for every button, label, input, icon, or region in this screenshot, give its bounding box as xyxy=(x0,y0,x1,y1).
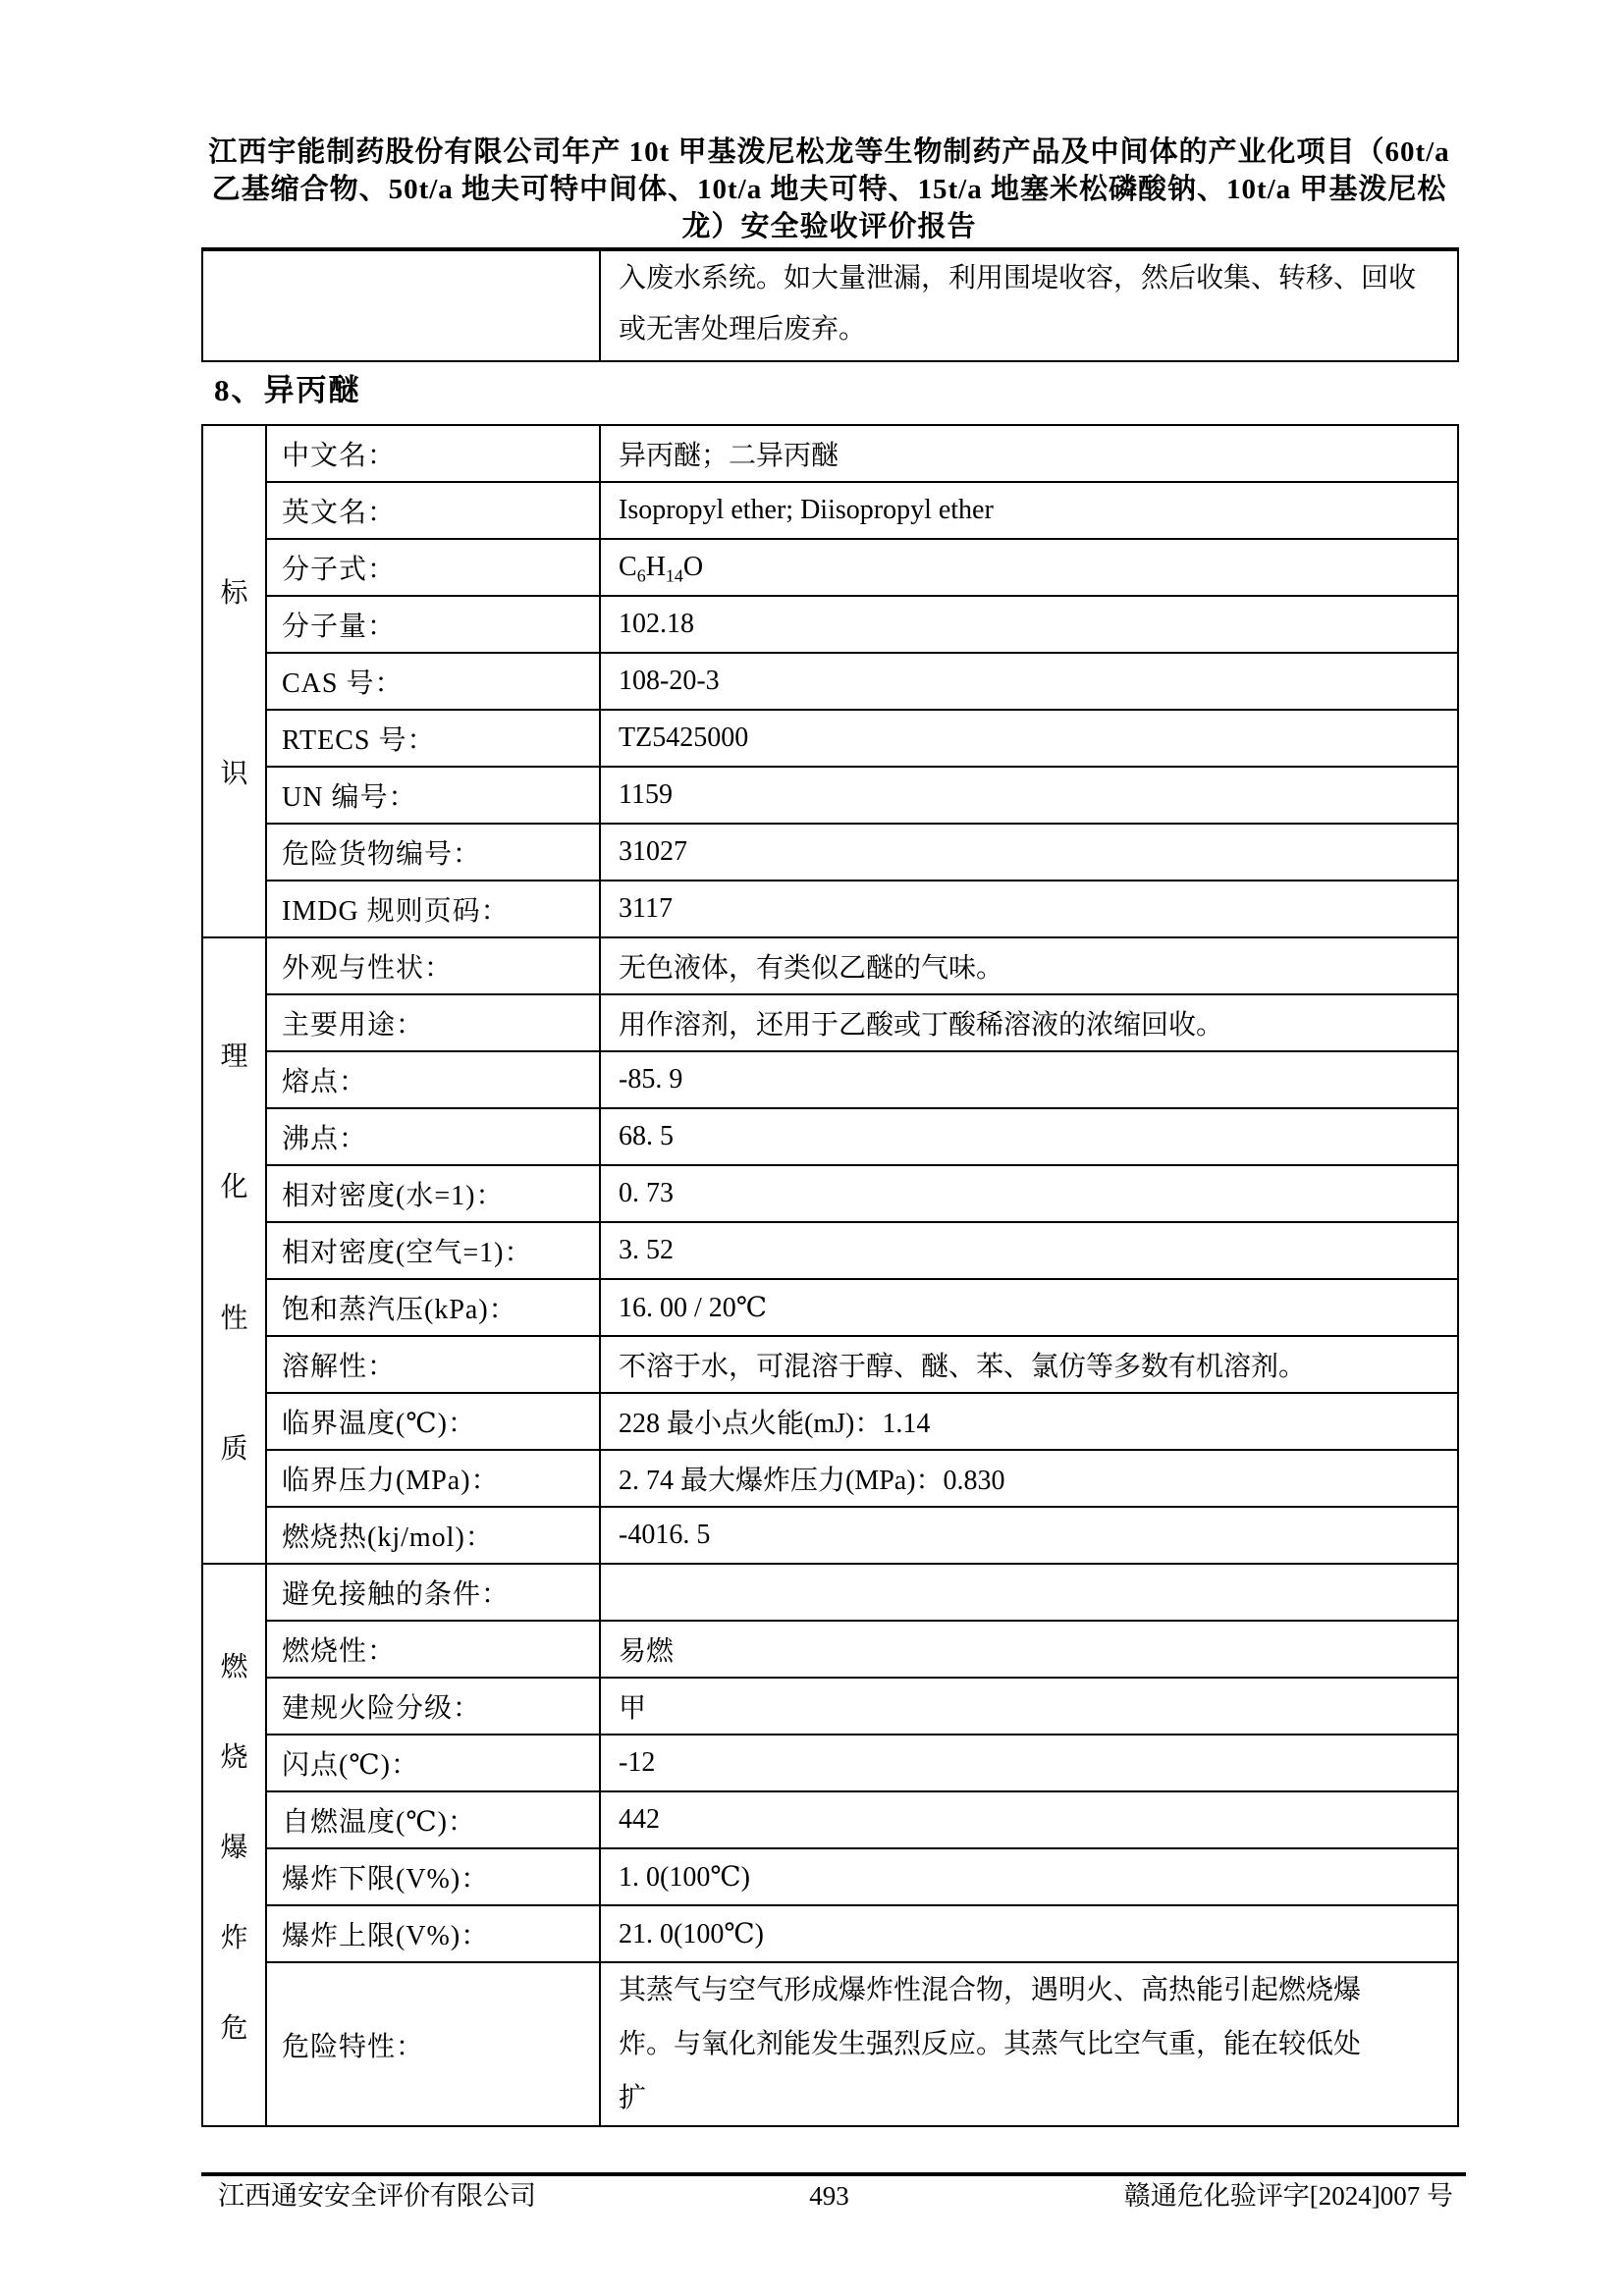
table-row: 闪点(℃)： -12 xyxy=(202,1735,1458,1791)
formula-subscript: 6 xyxy=(637,566,646,586)
continuation-table: 入废水系统。如大量泄漏，利用围堤收容，然后收集、转移、回收或无害处理后废弃。 xyxy=(201,247,1459,362)
attribute-value-cell: -85. 9 xyxy=(600,1051,1458,1108)
attribute-value-cell: 1. 0(100℃) xyxy=(600,1848,1458,1905)
attribute-value-cell: 0. 73 xyxy=(600,1165,1458,1222)
table-row: 燃烧热(kj/mol)： -4016. 5 xyxy=(202,1507,1458,1564)
continuation-text-cell: 入废水系统。如大量泄漏，利用围堤收容，然后收集、转移、回收或无害处理后废弃。 xyxy=(600,249,1458,361)
attribute-label-cell: 燃烧性： xyxy=(266,1621,600,1678)
footer-page-number: 493 xyxy=(809,2181,849,2211)
table-row: 燃 烧 爆 炸 危 避免接触的条件： xyxy=(202,1564,1458,1621)
table-row: UN 编号： 1159 xyxy=(202,767,1458,824)
attribute-value-cell: 无色液体，有类似乙醚的气味。 xyxy=(600,937,1458,994)
attribute-label-cell: 危险货物编号： xyxy=(266,824,600,881)
header-line-1: 江西宇能制药股份有限公司年产 10t 甲基泼尼松龙等生物制药产品及中间体的产业化… xyxy=(201,133,1457,171)
attribute-label-cell: 相对密度(水=1)： xyxy=(266,1165,600,1222)
attribute-label-cell: UN 编号： xyxy=(266,767,600,824)
formula-symbol: H xyxy=(646,552,666,582)
attribute-value-cell: 1159 xyxy=(600,767,1458,824)
group-char: 性 xyxy=(220,1297,247,1336)
group-char: 识 xyxy=(220,752,247,791)
group-label-physicochemical: 理 化 性 质 xyxy=(202,937,266,1564)
attribute-value-cell: 易燃 xyxy=(600,1621,1458,1678)
attribute-label-cell: 避免接触的条件： xyxy=(266,1564,600,1621)
group-label-identification: 标 识 xyxy=(202,425,266,937)
attribute-value-cell: 3. 52 xyxy=(600,1222,1458,1279)
table-row: 临界压力(MPa)： 2. 74 最大爆炸压力(MPa)：0.830 xyxy=(202,1450,1458,1507)
attribute-label-cell: 爆炸上限(V%)： xyxy=(266,1905,600,1962)
formula-symbol: C xyxy=(619,552,637,582)
attribute-label-cell: 临界压力(MPa)： xyxy=(266,1450,600,1507)
group-char: 危 xyxy=(220,2006,247,2046)
attribute-label-cell: 分子量： xyxy=(266,596,600,653)
attribute-value-cell: 21. 0(100℃) xyxy=(600,1905,1458,1962)
attribute-value-cell: 异丙醚；二异丙醚 xyxy=(600,425,1458,482)
group-char: 标 xyxy=(220,571,247,611)
group-char: 理 xyxy=(220,1035,247,1074)
document-footer: 江西通安安全评价有限公司 493 赣通危化验评字[2024]007 号 xyxy=(201,2176,1457,2211)
attribute-value-cell: 102.18 xyxy=(600,596,1458,653)
attribute-value-cell: -4016. 5 xyxy=(600,1507,1458,1564)
attribute-value-cell: 16. 00 / 20℃ xyxy=(600,1279,1458,1336)
table-row: 分子式： C6H14O xyxy=(202,539,1458,596)
attribute-value-cell: 不溶于水，可混溶于醇、醚、苯、氯仿等多数有机溶剂。 xyxy=(600,1336,1458,1393)
attribute-label-cell: RTECS 号： xyxy=(266,710,600,767)
attribute-value-cell: -12 xyxy=(600,1735,1458,1791)
table-row: IMDG 规则页码： 3117 xyxy=(202,881,1458,937)
table-row: 标 识 中文名： 异丙醚；二异丙醚 xyxy=(202,425,1458,482)
substance-table: 标 识 中文名： 异丙醚；二异丙醚 英文名： Isopropyl ether; … xyxy=(201,424,1459,2127)
table-row: 燃烧性： 易燃 xyxy=(202,1621,1458,1678)
group-char: 燃 xyxy=(220,1645,247,1684)
attribute-label-cell: 爆炸下限(V%)： xyxy=(266,1848,600,1905)
table-row: 熔点： -85. 9 xyxy=(202,1051,1458,1108)
formula-subscript: 14 xyxy=(666,566,683,586)
group-char: 质 xyxy=(220,1427,247,1467)
attribute-label-cell: 临界温度(℃)： xyxy=(266,1393,600,1450)
table-row: 临界温度(℃)： 228 最小点火能(mJ)：1.14 xyxy=(202,1393,1458,1450)
table-row: CAS 号： 108-20-3 xyxy=(202,653,1458,710)
header-line-3: 龙）安全验收评价报告 xyxy=(201,208,1457,245)
table-row: 分子量： 102.18 xyxy=(202,596,1458,653)
attribute-label-cell: 主要用途： xyxy=(266,994,600,1051)
attribute-value-cell molecular-formula: C6H14O xyxy=(600,539,1458,596)
table-row: 入废水系统。如大量泄漏，利用围堤收容，然后收集、转移、回收或无害处理后废弃。 xyxy=(202,249,1458,361)
page-content: 江西宇能制药股份有限公司年产 10t 甲基泼尼松龙等生物制药产品及中间体的产业化… xyxy=(201,0,1457,2211)
attribute-value-cell: 108-20-3 xyxy=(600,653,1458,710)
attribute-label-cell: 溶解性： xyxy=(266,1336,600,1393)
attribute-label-cell: 相对密度(空气=1)： xyxy=(266,1222,600,1279)
attribute-value-cell: Isopropyl ether; Diisopropyl ether xyxy=(600,482,1458,539)
attribute-label-cell: 熔点： xyxy=(266,1051,600,1108)
table-row: 相对密度(空气=1)： 3. 52 xyxy=(202,1222,1458,1279)
group-label-fire-explosion: 燃 烧 爆 炸 危 xyxy=(202,1564,266,2126)
section-heading: 8、异丙醚 xyxy=(214,370,1457,411)
attribute-value-cell: 其蒸气与空气形成爆炸性混合物，遇明火、高热能引起燃烧爆炸。与氧化剂能发生强烈反应… xyxy=(600,1962,1458,2126)
table-row: 自燃温度(℃)： 442 xyxy=(202,1791,1458,1848)
attribute-value-cell: 用作溶剂，还用于乙酸或丁酸稀溶液的浓缩回收。 xyxy=(600,994,1458,1051)
attribute-value-cell: 68. 5 xyxy=(600,1108,1458,1165)
table-row: 爆炸上限(V%)： 21. 0(100℃) xyxy=(202,1905,1458,1962)
attribute-label-cell: 饱和蒸汽压(kPa)： xyxy=(266,1279,600,1336)
attribute-value-cell: 442 xyxy=(600,1791,1458,1848)
group-label-chars: 标 识 xyxy=(203,430,265,933)
table-row: 饱和蒸汽压(kPa)： 16. 00 / 20℃ xyxy=(202,1279,1458,1336)
table-row: 理 化 性 质 外观与性状： 无色液体，有类似乙醚的气味。 xyxy=(202,937,1458,994)
table-row: 英文名： Isopropyl ether; Diisopropyl ether xyxy=(202,482,1458,539)
table-row: RTECS 号： TZ5425000 xyxy=(202,710,1458,767)
attribute-label-cell: 英文名： xyxy=(266,482,600,539)
attribute-value-cell xyxy=(600,1564,1458,1621)
table-row: 主要用途： 用作溶剂，还用于乙酸或丁酸稀溶液的浓缩回收。 xyxy=(202,994,1458,1051)
table-row: 危险货物编号： 31027 xyxy=(202,824,1458,881)
attribute-label-cell: 中文名： xyxy=(266,425,600,482)
continuation-empty-cell xyxy=(202,249,600,361)
attribute-value-cell: 2. 74 最大爆炸压力(MPa)：0.830 xyxy=(600,1450,1458,1507)
table-row: 建规火险分级： 甲 xyxy=(202,1678,1458,1735)
attribute-value-cell: 228 最小点火能(mJ)：1.14 xyxy=(600,1393,1458,1450)
attribute-label-cell: 自燃温度(℃)： xyxy=(266,1791,600,1848)
attribute-label-cell: 分子式： xyxy=(266,539,600,596)
group-char: 爆 xyxy=(220,1826,247,1865)
table-row: 爆炸下限(V%)： 1. 0(100℃) xyxy=(202,1848,1458,1905)
attribute-label-cell: 闪点(℃)： xyxy=(266,1735,600,1791)
header-line-2: 乙基缩合物、50t/a 地夫可特中间体、10t/a 地夫可特、15t/a 地塞米… xyxy=(201,171,1457,208)
attribute-value-cell: TZ5425000 xyxy=(600,710,1458,767)
table-row: 危险特性： 其蒸气与空气形成爆炸性混合物，遇明火、高热能引起燃烧爆炸。与氧化剂能… xyxy=(202,1962,1458,2126)
group-char: 化 xyxy=(220,1165,247,1204)
group-char: 炸 xyxy=(220,1916,247,1955)
footer-company: 江西通安安全评价有限公司 xyxy=(201,2181,536,2211)
footer-report-number: 赣通危化验评字[2024]007 号 xyxy=(1124,2181,1457,2211)
attribute-label-cell: IMDG 规则页码： xyxy=(266,881,600,937)
attribute-value-cell: 3117 xyxy=(600,881,1458,937)
document-header: 江西宇能制药股份有限公司年产 10t 甲基泼尼松龙等生物制药产品及中间体的产业化… xyxy=(201,0,1457,245)
group-label-chars: 理 化 性 质 xyxy=(203,942,265,1559)
table-row: 沸点： 68. 5 xyxy=(202,1108,1458,1165)
attribute-value-cell: 甲 xyxy=(600,1678,1458,1735)
attribute-label-cell: 危险特性： xyxy=(266,1962,600,2126)
table-row: 溶解性： 不溶于水，可混溶于醇、醚、苯、氯仿等多数有机溶剂。 xyxy=(202,1336,1458,1393)
attribute-label-cell: CAS 号： xyxy=(266,653,600,710)
formula-symbol: O xyxy=(683,552,703,582)
attribute-value-cell: 31027 xyxy=(600,824,1458,881)
attribute-label-cell: 外观与性状： xyxy=(266,937,600,994)
attribute-label-cell: 燃烧热(kj/mol)： xyxy=(266,1507,600,1564)
attribute-label-cell: 沸点： xyxy=(266,1108,600,1165)
group-char: 烧 xyxy=(220,1735,247,1775)
attribute-label-cell: 建规火险分级： xyxy=(266,1678,600,1735)
group-label-chars: 燃 烧 爆 炸 危 xyxy=(203,1594,265,2097)
table-row: 相对密度(水=1)： 0. 73 xyxy=(202,1165,1458,1222)
